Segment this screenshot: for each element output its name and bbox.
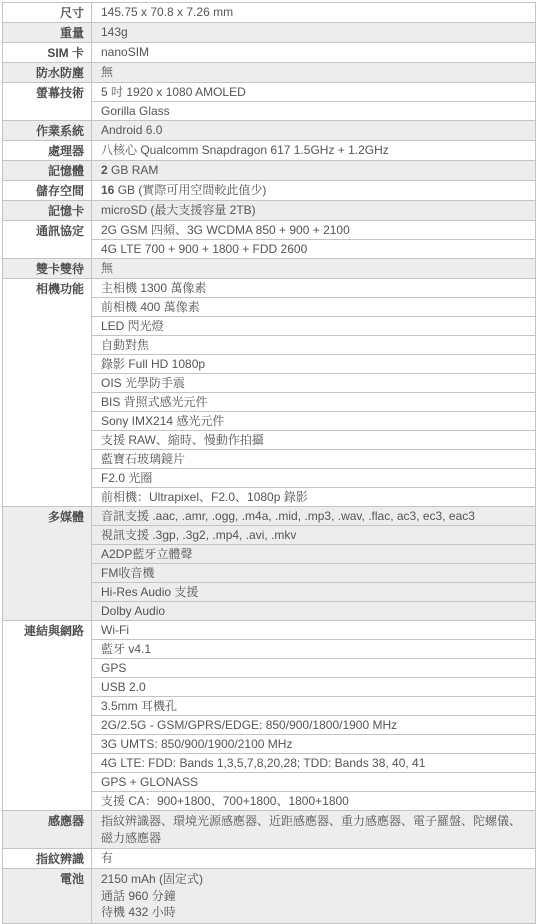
spec-value: 2G GSM 四頻、3G WCDMA 850 + 900 + 2100	[92, 221, 535, 240]
spec-label: 重量	[3, 23, 92, 42]
spec-value: GPS	[92, 659, 535, 678]
spec-value: 前相機：Ultrapixel、F2.0、1080p 錄影	[92, 488, 535, 506]
spec-value: 藍寶石玻璃鏡片	[92, 450, 535, 469]
spec-row: 螢幕技術 5 吋 1920 x 1080 AMOLEDGorilla Glass	[3, 83, 535, 121]
spec-value: Gorilla Glass	[92, 102, 535, 120]
spec-value-cell: nanoSIM	[92, 43, 535, 62]
spec-value: 有	[92, 849, 535, 867]
spec-row: 感應器 指紋辨識器、環境光源感應器、近距感應器、重力感應器、電子羅盤、陀螺儀、磁…	[3, 811, 535, 849]
spec-value-cell: 主相機 1300 萬像素前相機 400 萬像素LED 閃光燈自動對焦錄影 Ful…	[92, 279, 535, 506]
spec-value: nanoSIM	[92, 43, 535, 61]
spec-row: 作業系統 Android 6.0	[3, 121, 535, 141]
spec-row: 指紋辨識 有	[3, 849, 535, 869]
spec-value: 3.5mm 耳機孔	[92, 697, 535, 716]
spec-label: 螢幕技術	[3, 83, 92, 120]
spec-value: 4G LTE 700 + 900 + 1800 + FDD 2600	[92, 240, 535, 258]
spec-value-cell: Wi-Fi藍牙 v4.1GPSUSB 2.03.5mm 耳機孔2G/2.5G -…	[92, 621, 535, 810]
spec-label: 儲存空間	[3, 181, 92, 200]
spec-value: 4G LTE: FDD: Bands 1,3,5,7,8,20,28; TDD:…	[92, 754, 535, 773]
spec-label: 連結與網路	[3, 621, 92, 810]
spec-value: LED 閃光燈	[92, 317, 535, 336]
spec-row: 儲存空間 16 GB (實際可用空間較此值少)	[3, 181, 535, 201]
spec-value: 自動對焦	[92, 336, 535, 355]
spec-value: 藍牙 v4.1	[92, 640, 535, 659]
spec-value: OIS 光學防手震	[92, 374, 535, 393]
spec-value: 支援 CA：900+1800、700+1800、1800+1800	[92, 792, 535, 810]
spec-value: 145.75 x 70.8 x 7.26 mm	[92, 3, 535, 21]
spec-value: 指紋辨識器、環境光源感應器、近距感應器、重力感應器、電子羅盤、陀螺儀、磁力感應器	[92, 813, 535, 846]
spec-row: 記憶體 2 GB RAM	[3, 161, 535, 181]
spec-label: 尺寸	[3, 3, 92, 22]
spec-row: 記憶卡 microSD (最大支援容量 2TB)	[3, 201, 535, 221]
spec-value: 16 GB (實際可用空間較此值少)	[92, 181, 535, 199]
spec-value-cell: 指紋辨識器、環境光源感應器、近距感應器、重力感應器、電子羅盤、陀螺儀、磁力感應器	[92, 811, 535, 848]
spec-table: 尺寸 145.75 x 70.8 x 7.26 mm 重量 143g SIM 卡…	[2, 2, 536, 923]
spec-value: FM收音機	[92, 564, 535, 583]
spec-value-cell: 2G GSM 四頻、3G WCDMA 850 + 900 + 21004G LT…	[92, 221, 535, 258]
spec-row: 電池 2150 mAh (固定式)通話 960 分鐘待機 432 小時	[3, 869, 535, 923]
spec-value: 143g	[92, 23, 535, 41]
spec-label: 記憶卡	[3, 201, 92, 220]
spec-value: 視訊支援 .3gp, .3g2, .mp4, .avi, .mkv	[92, 526, 535, 545]
spec-label: 防水防塵	[3, 63, 92, 82]
spec-row: 連結與網路 Wi-Fi藍牙 v4.1GPSUSB 2.03.5mm 耳機孔2G/…	[3, 621, 535, 811]
spec-value: USB 2.0	[92, 678, 535, 697]
spec-value: 無	[92, 259, 535, 277]
spec-value: 待機 432 小時	[92, 904, 535, 921]
spec-row: 雙卡雙待 無	[3, 259, 535, 279]
spec-value: Android 6.0	[92, 121, 535, 139]
spec-value: Hi-Res Audio 支援	[92, 583, 535, 602]
spec-row: 尺寸 145.75 x 70.8 x 7.26 mm	[3, 3, 535, 23]
spec-value: GPS + GLONASS	[92, 773, 535, 792]
spec-label: 電池	[3, 869, 92, 923]
spec-label: 多媒體	[3, 507, 92, 620]
spec-value: Dolby Audio	[92, 602, 535, 620]
spec-value: 通話 960 分鐘	[92, 888, 535, 905]
spec-value: Sony IMX214 感光元件	[92, 412, 535, 431]
spec-value: 無	[92, 63, 535, 81]
spec-label: 感應器	[3, 811, 92, 848]
spec-value: 2G/2.5G - GSM/GPRS/EDGE: 850/900/1800/19…	[92, 716, 535, 735]
spec-value-cell: 145.75 x 70.8 x 7.26 mm	[92, 3, 535, 22]
spec-value-cell: 音訊支援 .aac, .amr, .ogg, .m4a, .mid, .mp3,…	[92, 507, 535, 620]
spec-row: 重量 143g	[3, 23, 535, 43]
spec-value-cell: 八核心 Qualcomm Snapdragon 617 1.5GHz + 1.2…	[92, 141, 535, 160]
spec-value: 2150 mAh (固定式)	[92, 871, 535, 888]
spec-label: 通訊協定	[3, 221, 92, 258]
spec-row: 通訊協定 2G GSM 四頻、3G WCDMA 850 + 900 + 2100…	[3, 221, 535, 259]
spec-value: BIS 背照式感光元件	[92, 393, 535, 412]
spec-row: 多媒體 音訊支援 .aac, .amr, .ogg, .m4a, .mid, .…	[3, 507, 535, 621]
spec-value-cell: 5 吋 1920 x 1080 AMOLEDGorilla Glass	[92, 83, 535, 120]
spec-value: Wi-Fi	[92, 621, 535, 640]
spec-value: 3G UMTS: 850/900/1900/2100 MHz	[92, 735, 535, 754]
spec-value-cell: 143g	[92, 23, 535, 42]
spec-row: 防水防塵 無	[3, 63, 535, 83]
spec-value-cell: 有	[92, 849, 535, 868]
spec-value-cell: 無	[92, 259, 535, 278]
spec-value: microSD (最大支援容量 2TB)	[92, 201, 535, 219]
spec-label: 記憶體	[3, 161, 92, 180]
spec-label: 雙卡雙待	[3, 259, 92, 278]
spec-row: 相機功能 主相機 1300 萬像素前相機 400 萬像素LED 閃光燈自動對焦錄…	[3, 279, 535, 507]
spec-label: 處理器	[3, 141, 92, 160]
spec-value: 2 GB RAM	[92, 161, 535, 179]
spec-value: 5 吋 1920 x 1080 AMOLED	[92, 83, 535, 102]
spec-row: SIM 卡 nanoSIM	[3, 43, 535, 63]
spec-row: 處理器 八核心 Qualcomm Snapdragon 617 1.5GHz +…	[3, 141, 535, 161]
spec-value: 錄影 Full HD 1080p	[92, 355, 535, 374]
spec-label: 作業系統	[3, 121, 92, 140]
spec-label: SIM 卡	[3, 43, 92, 62]
spec-value-cell: 16 GB (實際可用空間較此值少)	[92, 181, 535, 200]
spec-value-cell: microSD (最大支援容量 2TB)	[92, 201, 535, 220]
spec-value: A2DP藍牙立體聲	[92, 545, 535, 564]
spec-value: 支援 RAW、縮時、慢動作拍攝	[92, 431, 535, 450]
spec-value-cell: Android 6.0	[92, 121, 535, 140]
spec-value-cell: 2 GB RAM	[92, 161, 535, 180]
spec-value: 音訊支援 .aac, .amr, .ogg, .m4a, .mid, .mp3,…	[92, 507, 535, 526]
spec-value: 前相機 400 萬像素	[92, 298, 535, 317]
spec-value: 八核心 Qualcomm Snapdragon 617 1.5GHz + 1.2…	[92, 141, 535, 159]
spec-value-cell: 無	[92, 63, 535, 82]
spec-label: 指紋辨識	[3, 849, 92, 868]
spec-value: 主相機 1300 萬像素	[92, 279, 535, 298]
spec-label: 相機功能	[3, 279, 92, 506]
spec-value: F2.0 光圈	[92, 469, 535, 488]
spec-value-cell: 2150 mAh (固定式)通話 960 分鐘待機 432 小時	[92, 869, 535, 923]
